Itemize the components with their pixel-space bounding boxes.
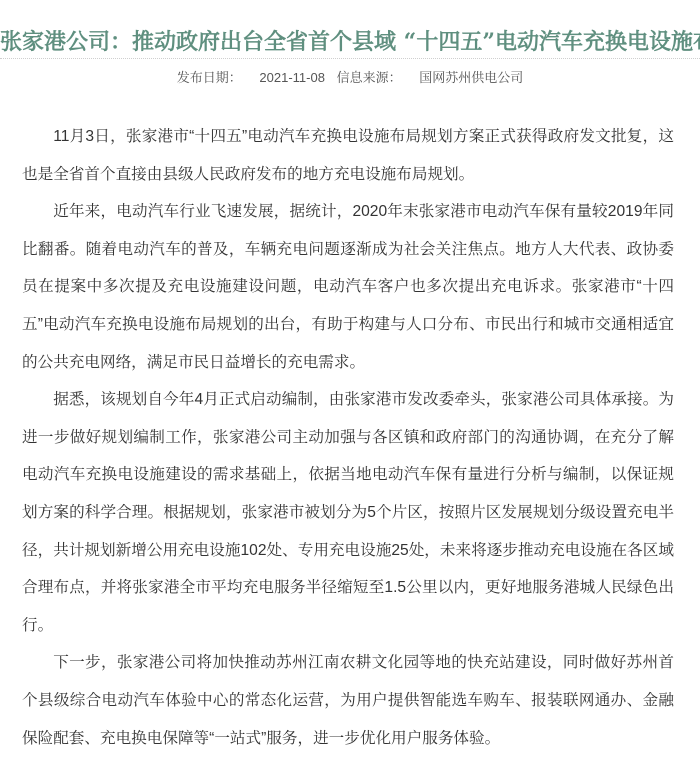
- paragraph: 11月3日，张家港市“十四五”电动汽车充换电设施布局规划方案正式获得政府发文批复…: [22, 118, 674, 193]
- article-meta: 发布日期： 2021-11-08 信息来源： 国网苏州供电公司: [0, 66, 700, 90]
- article-body: 11月3日，张家港市“十四五”电动汽车充换电设施布局规划方案正式获得政府发文批复…: [22, 118, 674, 757]
- paragraph: 近年来，电动汽车行业飞速发展，据统计，2020年末张家港市电动汽车保有量较201…: [22, 193, 674, 381]
- source-label: 信息来源：: [337, 66, 402, 90]
- source-value: 国网苏州供电公司: [419, 66, 523, 90]
- article-title: 张家港公司：推动政府出台全省首个县域 “十四五”电动汽车充换电设施布局规划: [0, 25, 700, 59]
- news-article: 张家港公司：推动政府出台全省首个县域 “十四五”电动汽车充换电设施布局规划 发布…: [0, 0, 700, 757]
- title-divider: [0, 58, 700, 59]
- publish-date-value: 2021-11-08: [259, 66, 325, 90]
- paragraph: 下一步，张家港公司将加快推动苏州江南农耕文化园等地的快充站建设，同时做好苏州首个…: [22, 644, 674, 757]
- paragraph: 据悉，该规划自今年4月正式启动编制，由张家港市发改委牵头，张家港公司具体承接。为…: [22, 381, 674, 644]
- publish-date-label: 发布日期：: [177, 66, 242, 90]
